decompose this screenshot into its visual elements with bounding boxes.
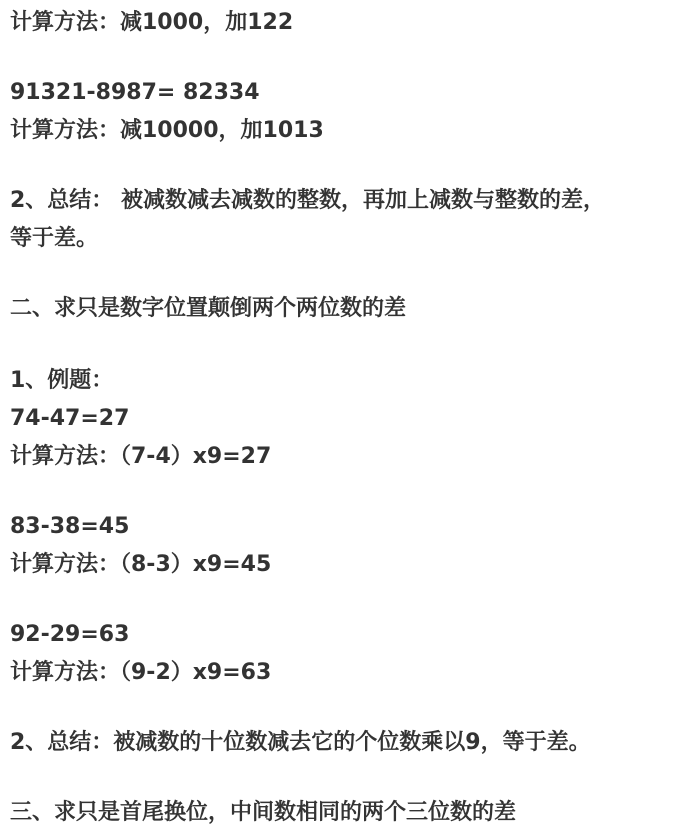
example-method-3: 计算方法：（9-2）x9=63 xyxy=(10,658,271,688)
method-line-1: 计算方法：减1000，加122 xyxy=(10,8,293,38)
example-method-1: 计算方法：（7-4）x9=27 xyxy=(10,442,271,472)
example-equation-2: 83-38=45 xyxy=(10,512,129,542)
section-heading-3: 三、求只是首尾换位，中间数相同的两个三位数的差 xyxy=(10,798,516,828)
example-equation-3: 92-29=63 xyxy=(10,620,129,650)
example-equation: 91321-8987= 82334 xyxy=(10,78,260,108)
method-line-2: 计算方法：减10000，加1013 xyxy=(10,116,324,146)
section-heading-2: 二、求只是数字位置颠倒两个两位数的差 xyxy=(10,294,406,324)
example-heading: 1、例题： xyxy=(10,366,113,396)
example-equation-1: 74-47=27 xyxy=(10,404,129,434)
summary-line-1-cont: 等于差。 xyxy=(10,224,98,254)
summary-line-1: 2、总结： 被减数减去减数的整数，再加上减数与整数的差， xyxy=(10,186,605,216)
summary-line-2: 2、总结：被减数的十位数减去它的个位数乘以9，等于差。 xyxy=(10,728,591,758)
example-method-2: 计算方法：（8-3）x9=45 xyxy=(10,550,271,580)
